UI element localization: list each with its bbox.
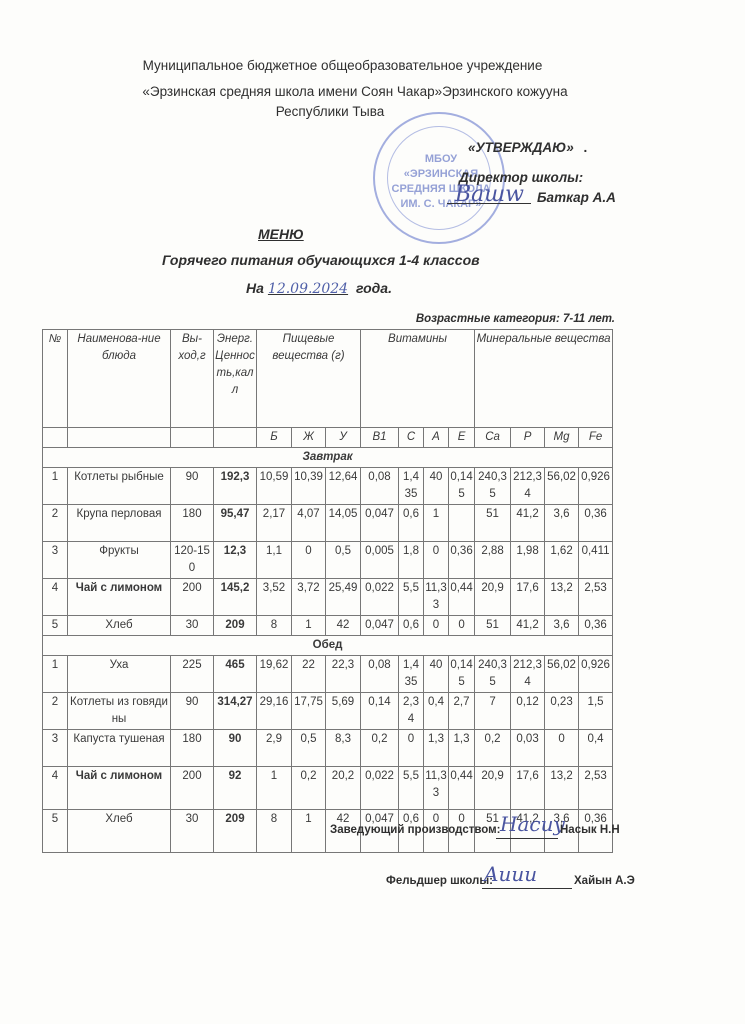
nutrient-p: 17,6 — [511, 767, 545, 810]
nutrient-e: 1,3 — [449, 730, 475, 767]
menu-body: Завтрак1Котлеты рыбные90192,310,5910,391… — [43, 448, 613, 853]
dish-yield: 30 — [171, 810, 214, 853]
nutrient-b: 29,16 — [257, 693, 292, 730]
nutrient-ca: 7 — [475, 693, 511, 730]
dish-energy: 192,3 — [214, 468, 257, 505]
subheader-cell: Ж — [292, 428, 326, 448]
dish-name: Хлеб — [68, 810, 171, 853]
nutrient-b1: 0,2 — [361, 730, 399, 767]
dish-energy: 209 — [214, 616, 257, 636]
nutrient-a: 11,33 — [424, 579, 449, 616]
dish-yield: 200 — [171, 579, 214, 616]
nutrient-a: 0,4 — [424, 693, 449, 730]
row-number: 3 — [43, 730, 68, 767]
nutrient-b: 3,52 — [257, 579, 292, 616]
institution-line-1: Муниципальное бюджетное общеобразователь… — [0, 58, 685, 73]
row-number: 1 — [43, 656, 68, 693]
manager-name: Насык Н.Н — [560, 824, 620, 836]
nutrient-e: 0,36 — [449, 542, 475, 579]
nutrient-b1: 0,022 — [361, 767, 399, 810]
subheader-cell: E — [449, 428, 475, 448]
menu-subtitle: Горячего питания обучающихся 1-4 классов — [162, 252, 480, 268]
row-number: 2 — [43, 505, 68, 542]
nutrient-ca: 20,9 — [475, 579, 511, 616]
nutrient-mg: 3,6 — [545, 505, 579, 542]
dish-name: Котлеты рыбные — [68, 468, 171, 505]
date-suffix: года. — [356, 280, 392, 296]
dish-energy: 12,3 — [214, 542, 257, 579]
dish-name: Чай с лимоном — [68, 767, 171, 810]
subheader-empty — [43, 428, 68, 448]
table-row: 5Хлеб3020981420,0470,6005141,23,60,36 — [43, 616, 613, 636]
subheader-cell: Ca — [475, 428, 511, 448]
dish-name: Капуста тушеная — [68, 730, 171, 767]
nutrient-b1: 0,005 — [361, 542, 399, 579]
dish-yield: 180 — [171, 505, 214, 542]
nutrient-zh: 4,07 — [292, 505, 326, 542]
nutrient-c: 1,8 — [399, 542, 424, 579]
dish-yield: 120-150 — [171, 542, 214, 579]
subheader-empty — [171, 428, 214, 448]
nutrient-fe: 2,53 — [579, 579, 613, 616]
nutrient-p: 41,2 — [511, 505, 545, 542]
header-num: № — [43, 330, 68, 428]
nutrient-c: 1,435 — [399, 656, 424, 693]
nutrient-b1: 0,022 — [361, 579, 399, 616]
medic-label: Фельдшер школы: — [386, 875, 493, 887]
dish-energy: 314,27 — [214, 693, 257, 730]
dish-name: Чай с лимоном — [68, 579, 171, 616]
nutrient-mg: 3,6 — [545, 616, 579, 636]
director-name: Баткар А.А — [537, 190, 616, 205]
dish-name: Фрукты — [68, 542, 171, 579]
dish-yield: 225 — [171, 656, 214, 693]
nutrient-u: 0,5 — [326, 542, 361, 579]
nutrient-zh: 0,5 — [292, 730, 326, 767]
nutrient-c: 1,435 — [399, 468, 424, 505]
nutrient-u: 8,3 — [326, 730, 361, 767]
row-number: 5 — [43, 616, 68, 636]
nutrient-a: 1,3 — [424, 730, 449, 767]
nutrient-fe: 1,5 — [579, 693, 613, 730]
subheader-row: БЖУB1CAECaPMgFe — [43, 428, 613, 448]
nutrient-c: 0,6 — [399, 505, 424, 542]
nutrient-zh: 3,72 — [292, 579, 326, 616]
approve-dot: . — [584, 140, 588, 155]
table-row: 1Котлеты рыбные90192,310,5910,3912,640,0… — [43, 468, 613, 505]
nutrient-c: 2,34 — [399, 693, 424, 730]
dish-yield: 180 — [171, 730, 214, 767]
dish-energy: 209 — [214, 810, 257, 853]
nutrient-e: 0,145 — [449, 468, 475, 505]
nutrient-e: 0,145 — [449, 656, 475, 693]
dish-name: Уха — [68, 656, 171, 693]
table-row: 2Крупа перловая18095,472,174,0714,050,04… — [43, 505, 613, 542]
nutrient-fe: 0,36 — [579, 616, 613, 636]
nutrient-e: 0,44 — [449, 767, 475, 810]
section-row: Завтрак — [43, 448, 613, 468]
row-number: 1 — [43, 468, 68, 505]
row-number: 4 — [43, 579, 68, 616]
nutrient-mg: 13,2 — [545, 579, 579, 616]
nutrient-mg: 0 — [545, 730, 579, 767]
dish-name: Крупа перловая — [68, 505, 171, 542]
nutrient-zh: 1 — [292, 616, 326, 636]
nutrient-fe: 2,53 — [579, 767, 613, 810]
institution-line-3: Республики Тыва — [0, 104, 660, 119]
nutrient-b1: 0,08 — [361, 656, 399, 693]
nutrient-mg: 56,02 — [545, 468, 579, 505]
medic-signature: Auuu — [484, 862, 537, 886]
nutrient-fe: 0,926 — [579, 468, 613, 505]
section-label: Обед — [43, 636, 613, 656]
nutrient-c: 0,6 — [399, 616, 424, 636]
nutrient-p: 212,34 — [511, 656, 545, 693]
nutrient-zh: 0 — [292, 542, 326, 579]
nutrient-ca: 0,2 — [475, 730, 511, 767]
nutrient-a: 1 — [424, 505, 449, 542]
subheader-cell: C — [399, 428, 424, 448]
nutrient-e: 0 — [449, 616, 475, 636]
nutrient-p: 1,98 — [511, 542, 545, 579]
nutrient-zh: 17,75 — [292, 693, 326, 730]
nutrient-a: 40 — [424, 656, 449, 693]
nutrient-a: 0 — [424, 616, 449, 636]
dish-energy: 465 — [214, 656, 257, 693]
nutrient-p: 41,2 — [511, 616, 545, 636]
subheader-cell: B1 — [361, 428, 399, 448]
nutrient-mg: 0,23 — [545, 693, 579, 730]
nutrient-u: 5,69 — [326, 693, 361, 730]
row-number: 3 — [43, 542, 68, 579]
dish-yield: 200 — [171, 767, 214, 810]
subheader-cell: P — [511, 428, 545, 448]
row-number: 2 — [43, 693, 68, 730]
nutrient-u: 14,05 — [326, 505, 361, 542]
nutrient-b: 19,62 — [257, 656, 292, 693]
header-name: Наименова-ние блюда — [68, 330, 171, 428]
nutrient-c: 5,5 — [399, 579, 424, 616]
nutrient-fe: 0,36 — [579, 505, 613, 542]
menu-title: МЕНЮ — [258, 226, 304, 242]
nutrient-b1: 0,14 — [361, 693, 399, 730]
dish-energy: 92 — [214, 767, 257, 810]
nutrient-zh: 1 — [292, 810, 326, 853]
nutrient-zh: 10,39 — [292, 468, 326, 505]
header-energy: Энерг. Ценность,калл — [214, 330, 257, 428]
nutrient-mg: 1,62 — [545, 542, 579, 579]
dish-yield: 90 — [171, 693, 214, 730]
nutrient-b: 2,9 — [257, 730, 292, 767]
subheader-empty — [214, 428, 257, 448]
nutrient-b: 10,59 — [257, 468, 292, 505]
section-row: Обед — [43, 636, 613, 656]
subheader-cell: Fe — [579, 428, 613, 448]
menu-date: 12.09.2024 — [264, 281, 352, 297]
nutrient-ca: 2,88 — [475, 542, 511, 579]
nutrient-fe: 0,926 — [579, 656, 613, 693]
row-number: 5 — [43, 810, 68, 853]
nutrient-u: 42 — [326, 616, 361, 636]
nutrient-p: 0,12 — [511, 693, 545, 730]
nutrient-mg: 56,02 — [545, 656, 579, 693]
approval-heading: «УТВЕРЖДАЮ» . — [468, 140, 587, 155]
nutrient-p: 212,34 — [511, 468, 545, 505]
table-row: 1Уха22546519,622222,30,081,435400,145240… — [43, 656, 613, 693]
subheader-cell: Mg — [545, 428, 579, 448]
nutrient-ca: 51 — [475, 616, 511, 636]
nutrient-a: 11,33 — [424, 767, 449, 810]
nutrient-zh: 22 — [292, 656, 326, 693]
dish-energy: 90 — [214, 730, 257, 767]
medic-name: Хайын А.Э — [574, 875, 635, 887]
row-number: 4 — [43, 767, 68, 810]
nutrient-ca: 240,35 — [475, 656, 511, 693]
nutrient-b1: 0,08 — [361, 468, 399, 505]
institution-line-2: «Эрзинская средняя школа имени Соян Чака… — [0, 84, 710, 99]
dish-name: Хлеб — [68, 616, 171, 636]
dish-name: Котлеты из говядины — [68, 693, 171, 730]
table-row: 3Фрукты120-15012,31,100,50,0051,800,362,… — [43, 542, 613, 579]
nutrient-u: 20,2 — [326, 767, 361, 810]
subheader-empty — [68, 428, 171, 448]
manager-signature: Hacuy — [500, 812, 565, 836]
menu-table: № Наименова-ние блюда Вы-ход,г Энерг. Це… — [42, 329, 613, 853]
nutrient-b: 2,17 — [257, 505, 292, 542]
nutrient-u: 12,64 — [326, 468, 361, 505]
age-category: Возрастные категория: 7-11 лет. — [416, 313, 615, 325]
menu-date-line: На12.09.2024 года. — [246, 280, 392, 297]
nutrient-fe: 0,411 — [579, 542, 613, 579]
header-yield: Вы-ход,г — [171, 330, 214, 428]
nutrient-a: 0 — [424, 542, 449, 579]
manager-signature-line — [496, 838, 558, 839]
dish-energy: 145,2 — [214, 579, 257, 616]
nutrient-b1: 0,047 — [361, 505, 399, 542]
nutrient-ca: 240,35 — [475, 468, 511, 505]
table-row: 2Котлеты из говядины90314,2729,1617,755,… — [43, 693, 613, 730]
nutrient-b1: 0,047 — [361, 616, 399, 636]
table-row: 3Капуста тушеная180902,90,58,30,201,31,3… — [43, 730, 613, 767]
approve-label: «УТВЕРЖДАЮ» — [468, 140, 574, 155]
nutrient-e — [449, 505, 475, 542]
nutrient-ca: 20,9 — [475, 767, 511, 810]
subheader-cell: Б — [257, 428, 292, 448]
nutrient-p: 17,6 — [511, 579, 545, 616]
nutrient-zh: 0,2 — [292, 767, 326, 810]
nutrient-u: 25,49 — [326, 579, 361, 616]
nutrient-b: 1 — [257, 767, 292, 810]
dish-energy: 95,47 — [214, 505, 257, 542]
nutrient-u: 22,3 — [326, 656, 361, 693]
date-prefix: На — [246, 280, 264, 296]
dish-yield: 30 — [171, 616, 214, 636]
nutrient-b: 8 — [257, 810, 292, 853]
subheader-cell: A — [424, 428, 449, 448]
nutrient-ca: 51 — [475, 505, 511, 542]
nutrient-c: 0 — [399, 730, 424, 767]
nutrient-b: 1,1 — [257, 542, 292, 579]
nutrient-e: 0,44 — [449, 579, 475, 616]
nutrient-mg: 13,2 — [545, 767, 579, 810]
subheader-cell: У — [326, 428, 361, 448]
header-minerals: Минеральные вещества — [475, 330, 613, 428]
nutrient-fe: 0,4 — [579, 730, 613, 767]
director-signature-line — [447, 203, 531, 204]
table-row: 4Чай с лимоном2009210,220,20,0225,511,33… — [43, 767, 613, 810]
dish-yield: 90 — [171, 468, 214, 505]
header-vitamins: Витамины — [361, 330, 475, 428]
nutrient-a: 40 — [424, 468, 449, 505]
header-nutrients: Пищевые вещества (г) — [257, 330, 361, 428]
table-row: 4Чай с лимоном200145,23,523,7225,490,022… — [43, 579, 613, 616]
nutrient-p: 0,03 — [511, 730, 545, 767]
nutrient-e: 2,7 — [449, 693, 475, 730]
section-label: Завтрак — [43, 448, 613, 468]
nutrient-c: 5,5 — [399, 767, 424, 810]
manager-label: Заведующий производством: — [330, 824, 500, 836]
nutrient-b: 8 — [257, 616, 292, 636]
medic-signature-line — [482, 888, 572, 889]
